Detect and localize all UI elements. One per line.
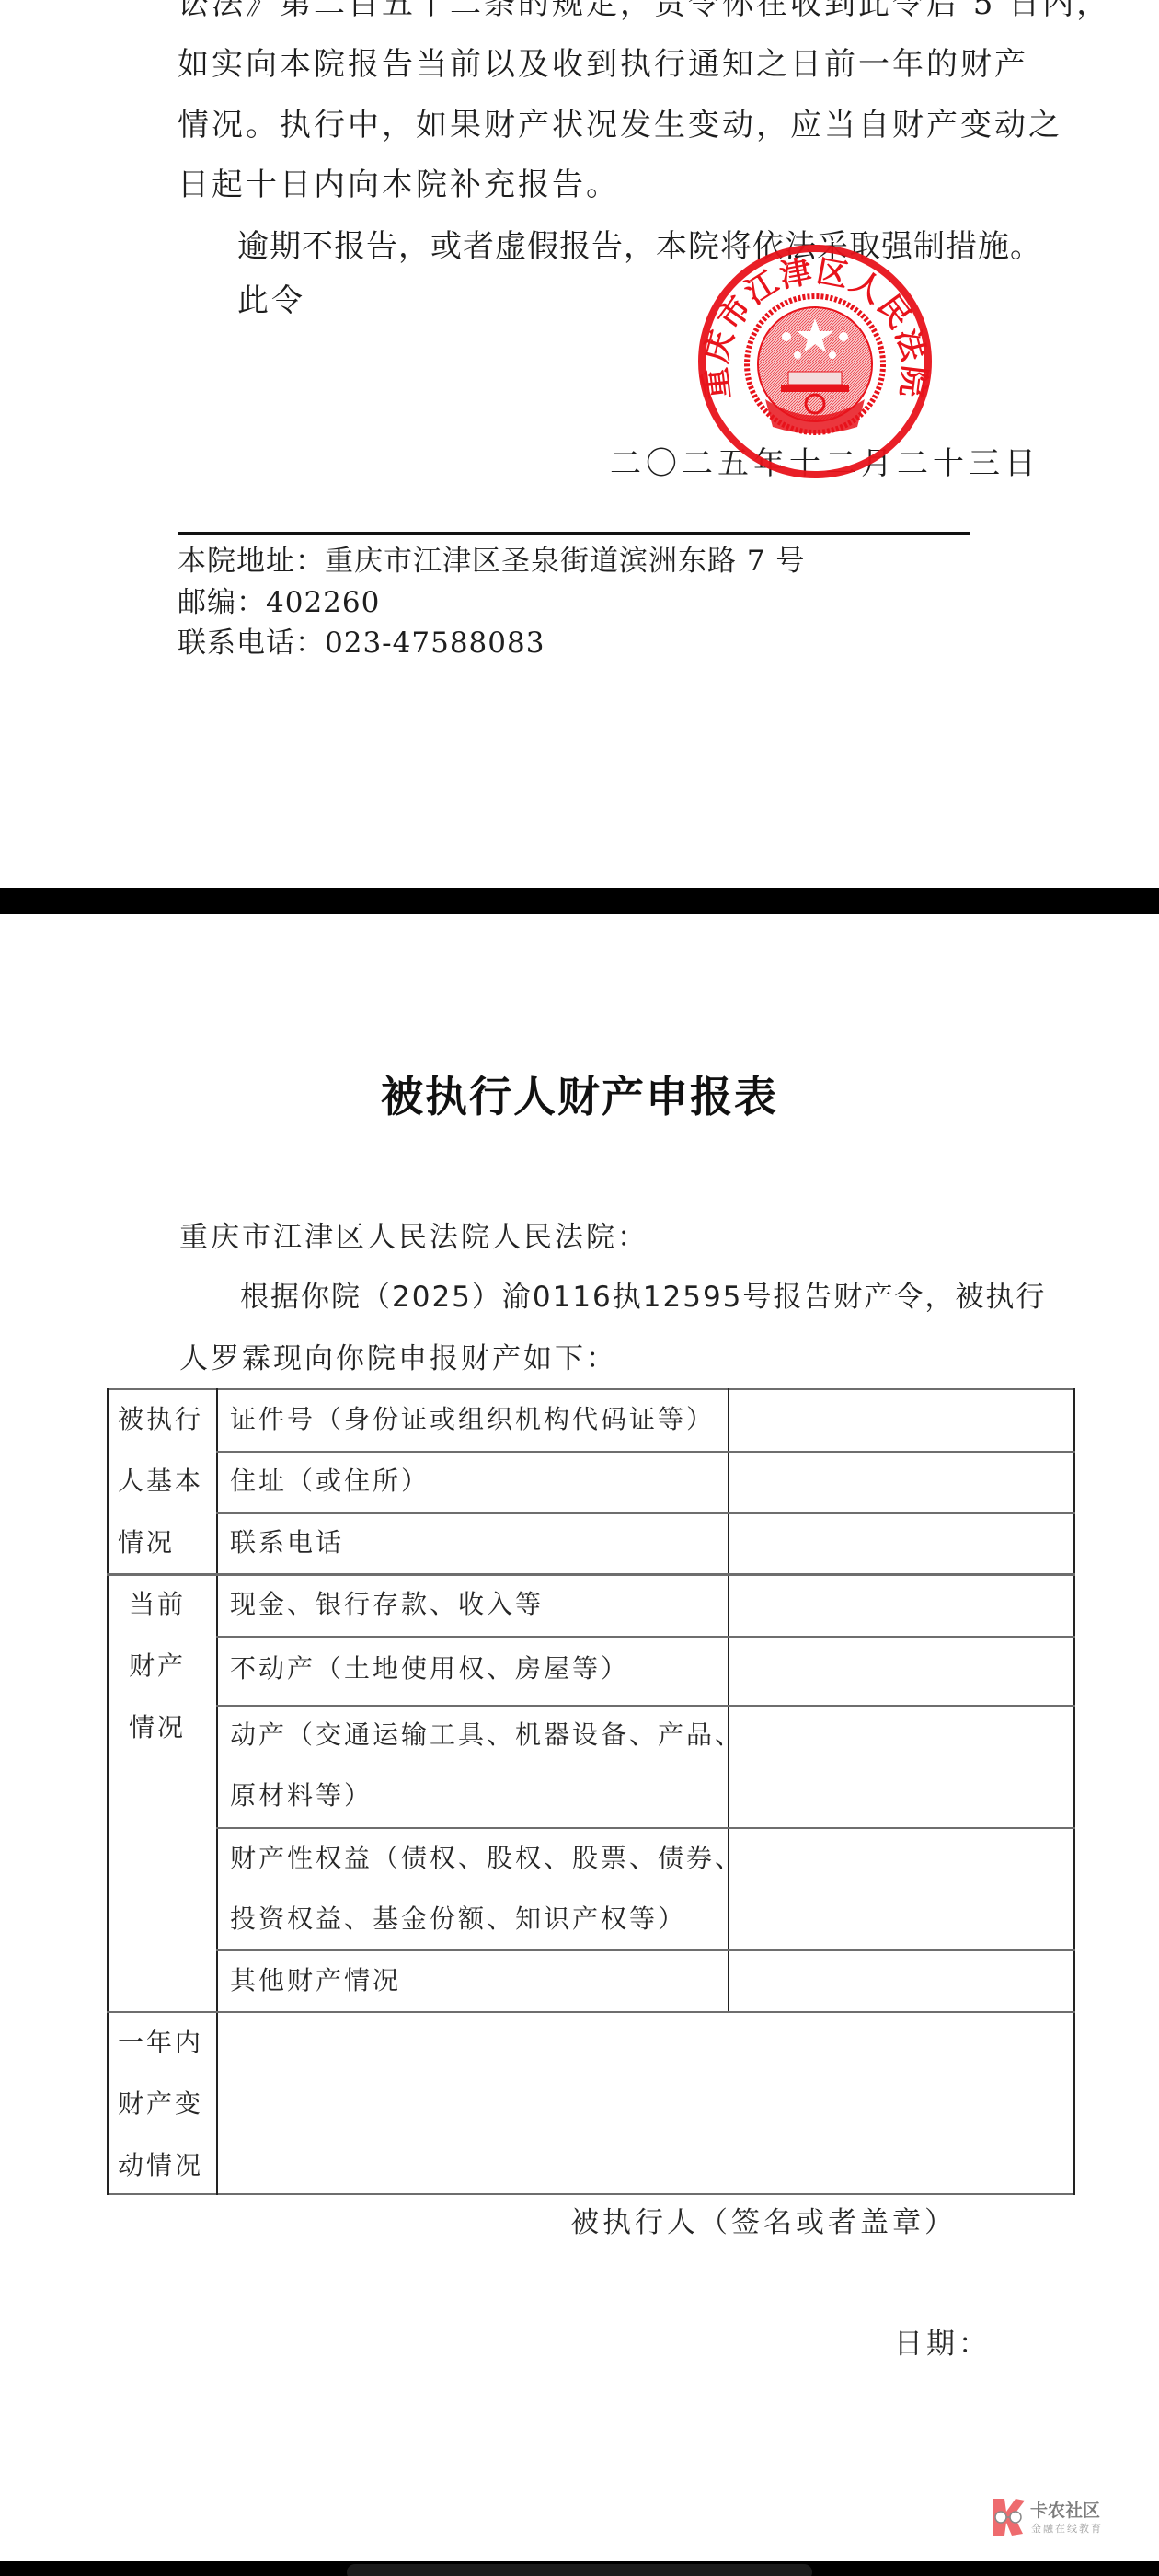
body-line: 如实向本院报告当前以及收到执行通知之日前一年的财产 xyxy=(178,46,1028,83)
asset-declaration-table: 被执行 人基本 情况 证件号（身份证或组织机构代码证等） 住址（或住所） 联系电… xyxy=(107,1388,1075,2194)
row-label-cash: 现金、银行存款、收入等 xyxy=(230,1589,544,1620)
court-postcode: 邮编：402260 xyxy=(178,584,380,621)
court-phone: 联系电话：023-47588083 xyxy=(178,625,545,661)
intro-line: 人罗霖现向你院申报财产如下： xyxy=(179,1340,617,1377)
body-line: 讼法》第二百五十二条的规定，责令你在收到此令后 5 日内， xyxy=(178,0,1110,22)
row-label-address: 住址（或住所） xyxy=(230,1466,430,1497)
section-label: 人基本 xyxy=(118,1466,203,1497)
addressee: 重庆市江津区人民法院人民法院： xyxy=(179,1219,648,1256)
court-address: 本院地址：重庆市江津区圣泉街道滨洲东路 7 号 xyxy=(178,543,805,580)
home-indicator[interactable] xyxy=(347,2564,812,2576)
watermark-name: 卡农社区 xyxy=(1030,2497,1100,2522)
footer-separator xyxy=(178,532,970,535)
section-label: 动情况 xyxy=(118,2150,203,2181)
table-border-left xyxy=(107,1388,109,2195)
address-field[interactable] xyxy=(729,1453,1073,1512)
body-line: 日起十日内向本院补充报告。 xyxy=(178,167,620,203)
section-label: 一年内 xyxy=(118,2027,203,2058)
intro-line: 根据你院（2025）渝0116执12595号报告财产令，被执行 xyxy=(240,1279,1046,1316)
row-label-other: 其他财产情况 xyxy=(230,1965,401,1996)
section-label: 财产变 xyxy=(118,2088,203,2120)
signature-label: 被执行人（签名或者盖章） xyxy=(570,2204,957,2241)
movable-property-field[interactable] xyxy=(729,1707,1073,1827)
section-label: 情况 xyxy=(129,1712,186,1743)
page-divider xyxy=(0,888,1159,914)
real-estate-field[interactable] xyxy=(729,1638,1073,1705)
form-title: 被执行人财产申报表 xyxy=(0,1071,1159,1122)
row-label-property-rights: 财产性权益（债权、股权、股票、债券、 xyxy=(230,1843,743,1874)
cash-field[interactable] xyxy=(729,1576,1073,1636)
court-seal-icon: 重庆市江津区人民法院 xyxy=(696,243,934,480)
id-number-field[interactable] xyxy=(729,1390,1073,1451)
section-label: 被执行 xyxy=(118,1404,203,1435)
table-border-right xyxy=(1073,1388,1075,2195)
row-label-property-rights: 投资权益、基金份额、知识产权等） xyxy=(230,1903,686,1935)
other-property-field[interactable] xyxy=(729,1951,1073,2011)
property-change-field[interactable] xyxy=(218,2014,1073,2193)
section-label: 当前 xyxy=(129,1589,186,1620)
property-rights-field[interactable] xyxy=(729,1829,1073,1949)
watermark-slogan: 金融在线教育 xyxy=(1031,2521,1103,2536)
section-line xyxy=(107,2011,1075,2013)
row-label-movable: 原材料等） xyxy=(230,1780,373,1811)
order-line: 此令 xyxy=(237,282,305,319)
table-border-bottom xyxy=(107,2193,1075,2195)
row-label-id-number: 证件号（身份证或组织机构代码证等） xyxy=(230,1404,715,1435)
row-label-real-estate: 不动产（土地使用权、房屋等） xyxy=(230,1653,629,1685)
section-label: 财产 xyxy=(129,1650,186,1682)
body-line: 情况。执行中，如果财产状况发生变动，应当自财产变动之 xyxy=(178,107,1062,144)
phone-field[interactable] xyxy=(729,1514,1073,1573)
row-label-movable: 动产（交通运输工具、机器设备、产品、 xyxy=(230,1719,743,1751)
watermark: 卡农社区 金融在线教育 xyxy=(992,2493,1111,2539)
row-label-phone: 联系电话 xyxy=(230,1527,344,1558)
date-label: 日期： xyxy=(894,2326,991,2363)
section-label: 情况 xyxy=(118,1527,175,1558)
